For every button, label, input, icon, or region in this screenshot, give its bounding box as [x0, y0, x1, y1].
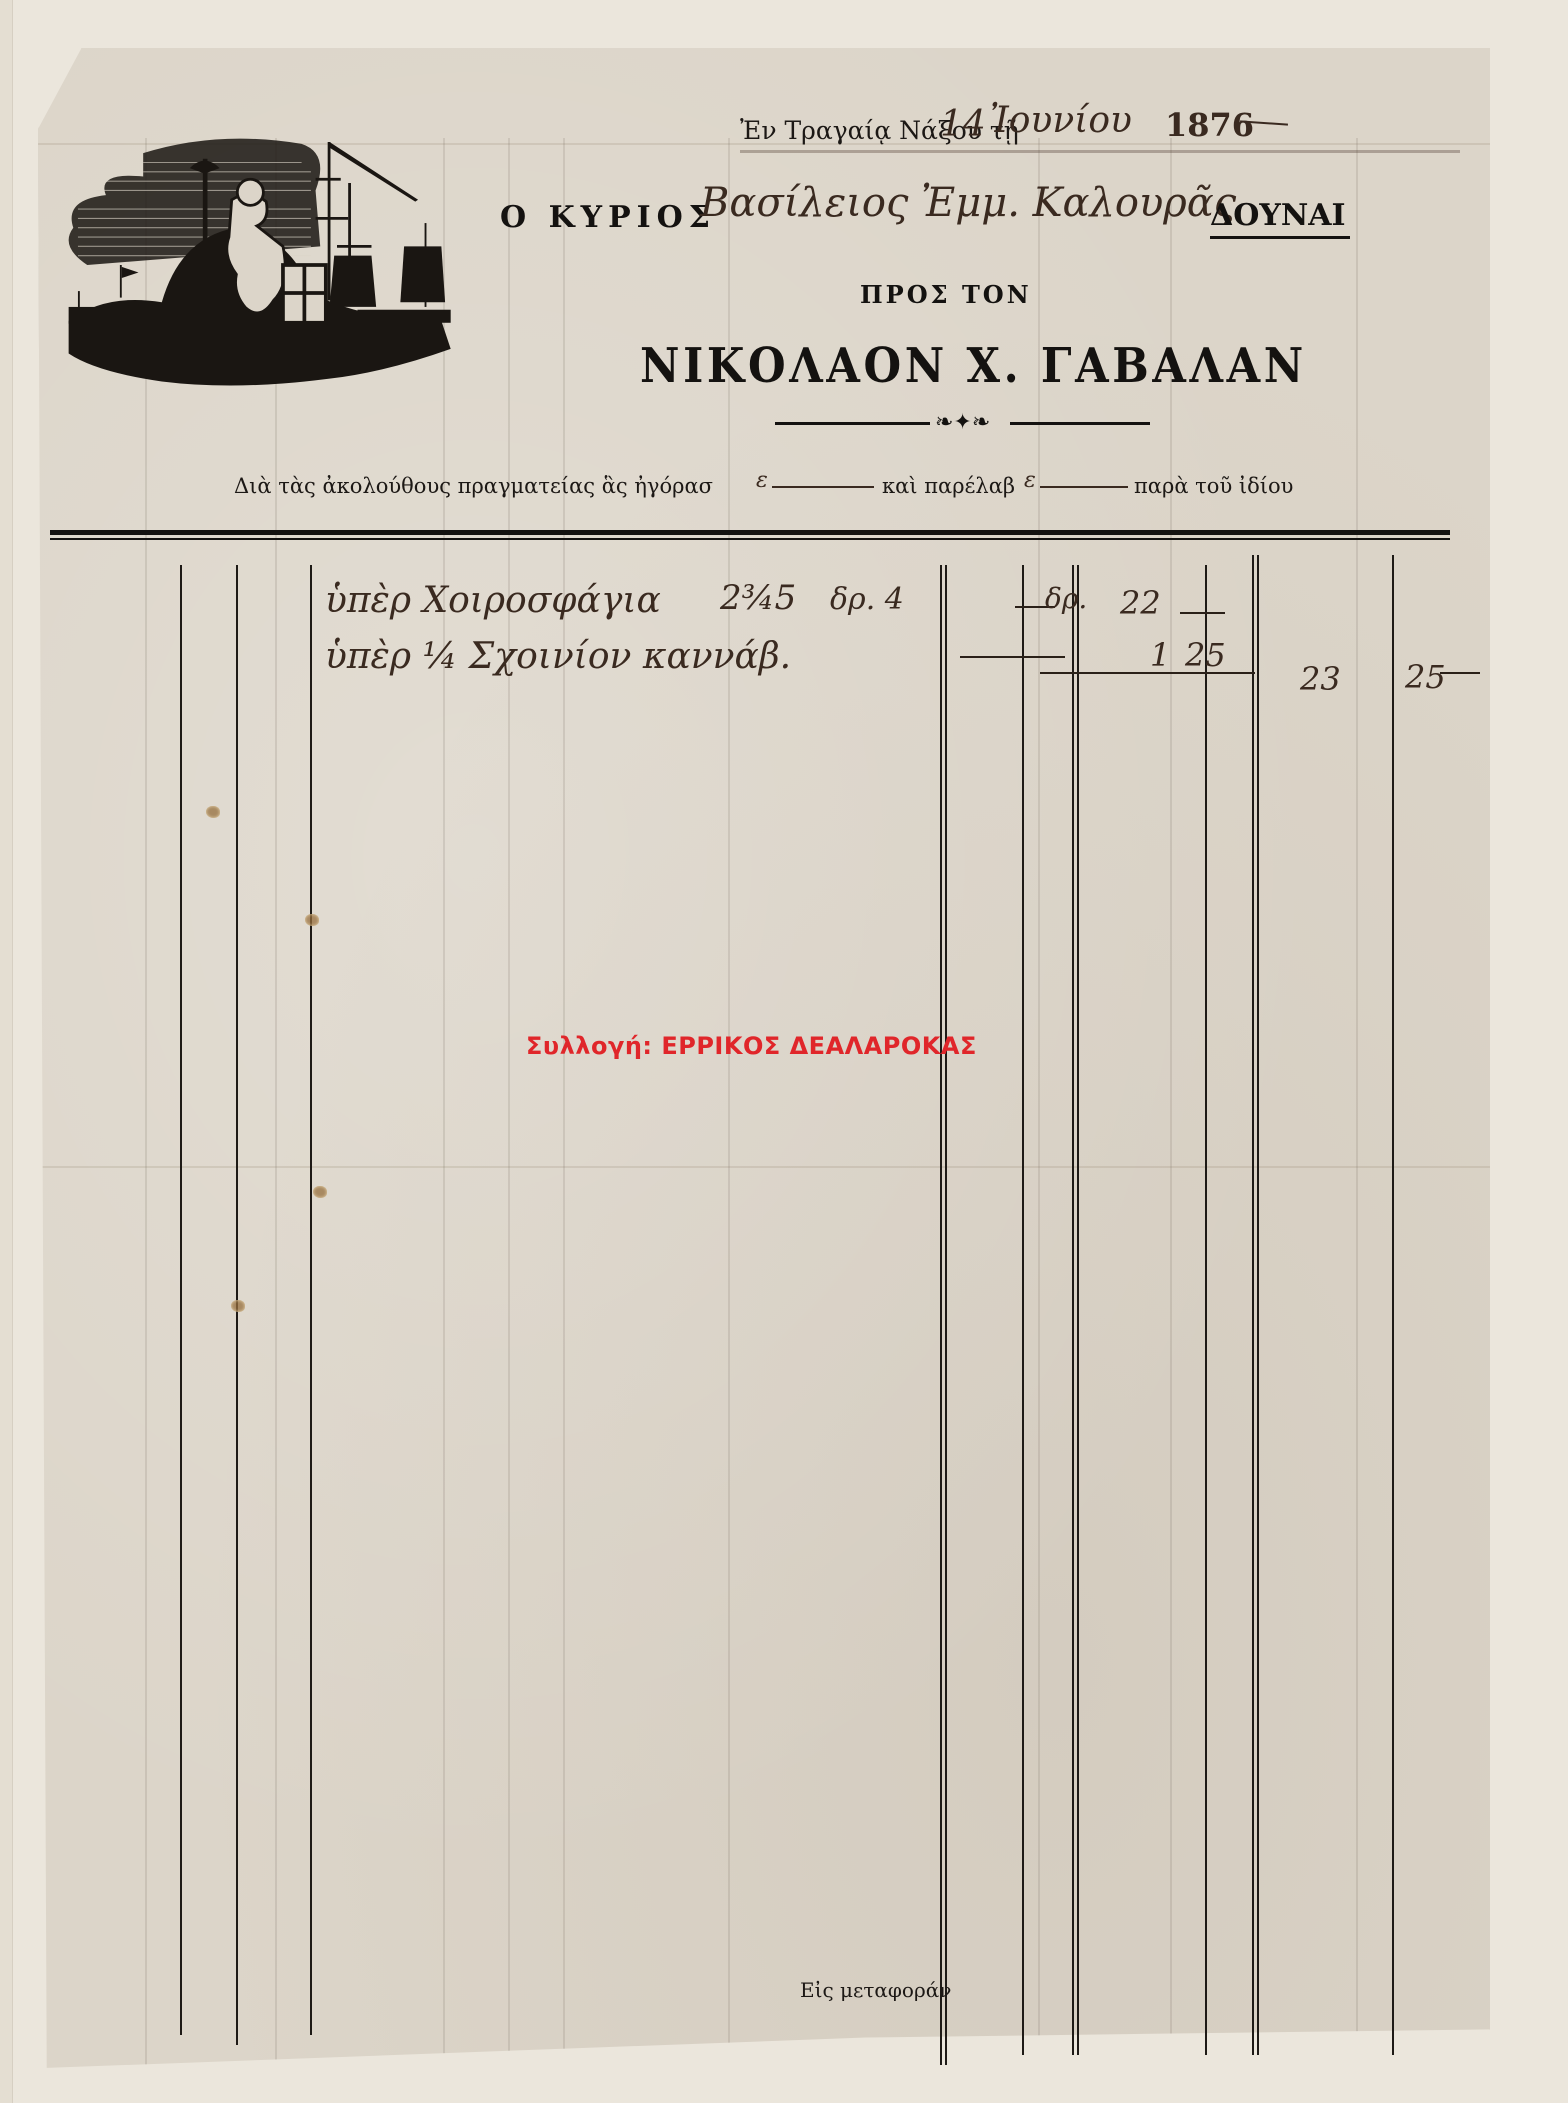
- addressee-name: Βασίλειος Ἐμμ. Καλουρᾶς: [700, 180, 1236, 226]
- owes-label: ΔΟΥΝΑΙ: [1210, 198, 1346, 233]
- purchase-text-1: Διὰ τὰς ἀκολούθους πραγματείας ἃς ἠγόρασ: [234, 474, 713, 498]
- purchase-text-3: παρὰ τοῦ ἰδίου: [1134, 474, 1293, 498]
- column-line-double: [940, 565, 947, 2065]
- item-description: ὑπὲρ ¼ Σχοινίον καννάβ.: [325, 636, 791, 677]
- blank-line: [772, 486, 874, 488]
- mount-board-edge: [0, 0, 13, 2103]
- item-description: ὑπὲρ Χοιροσφάγια: [325, 580, 661, 621]
- fold-crease: [38, 1166, 1490, 1168]
- purchase-fill-2: ε: [1024, 468, 1036, 493]
- ornament-icon: ❧✦❧: [935, 410, 990, 435]
- faint-column-line: [508, 138, 510, 2068]
- faint-column-line: [563, 138, 565, 2068]
- carry-forward-label: Εἰς μεταφοράν: [800, 1978, 951, 2002]
- item-currency: δρ.: [1045, 582, 1087, 615]
- column-line: [310, 565, 312, 2035]
- stain: [313, 1186, 327, 1198]
- dash-line: [1180, 612, 1225, 614]
- stain: [231, 1300, 245, 1312]
- column-line: [1205, 565, 1207, 2055]
- table-header-rule: [50, 538, 1450, 540]
- purchase-fill-1: ε: [756, 468, 768, 493]
- column-line-double: [1252, 555, 1259, 2055]
- item-quantity: 2¾5: [720, 578, 796, 618]
- blank-line: [1040, 486, 1128, 488]
- ornament-rule-left: [775, 422, 930, 425]
- merchant-name: ΝΙΚΟΛΑΟΝ Χ. ΓΑΒΑΛΑΝ: [640, 338, 1307, 394]
- dash-line: [960, 656, 1065, 658]
- table-header-rule: [50, 530, 1450, 535]
- item-unit-price: δρ. 4: [830, 582, 904, 617]
- purchase-text-2: καὶ παρέλαβ: [882, 474, 1015, 498]
- item-drachmas: 22: [1120, 584, 1161, 622]
- collection-watermark: Συλλογή: ΕΡΡΙΚΟΣ ΔΕΑΛΑΡΟΚΑΣ: [526, 1032, 977, 1060]
- faint-column-line: [145, 138, 147, 2068]
- owes-underline: [1210, 236, 1350, 239]
- column-line: [1022, 565, 1024, 2055]
- date-month: Ἰουνίου: [990, 100, 1132, 141]
- faint-column-line: [1170, 138, 1172, 2068]
- total-lepta: 25: [1405, 658, 1446, 696]
- stain: [305, 914, 319, 926]
- place-date-line: Ἐν Τραγαίᾳ Νάξου τῇ 14 Ἰουνίου 1876: [740, 100, 1460, 160]
- date-year: 1876: [1165, 106, 1254, 144]
- ornament-rule-right: [1010, 422, 1150, 425]
- faint-column-line: [728, 138, 730, 2068]
- to-label: ΠΡΟΣ ΤΟΝ: [860, 280, 1032, 309]
- column-line-double: [1072, 565, 1079, 2055]
- faint-column-line: [1356, 138, 1358, 2068]
- column-line: [180, 565, 182, 2035]
- item-drachmas: 1: [1150, 636, 1170, 674]
- engraving-illustration: [50, 130, 460, 400]
- faint-column-line: [1038, 138, 1040, 2068]
- stain: [206, 806, 220, 818]
- item-lepta: 25: [1185, 636, 1226, 674]
- date-underline: [740, 150, 1460, 153]
- addressee-label: Ο ΚΥΡΙΟΣ: [500, 200, 716, 235]
- column-line: [1392, 555, 1394, 2055]
- total-drachmas: 23: [1300, 660, 1341, 698]
- faint-column-line: [275, 138, 277, 2068]
- date-day: 14: [940, 104, 986, 145]
- faint-column-line: [443, 138, 445, 2068]
- subtotal-line: [1040, 672, 1255, 674]
- dash-line: [1440, 672, 1480, 674]
